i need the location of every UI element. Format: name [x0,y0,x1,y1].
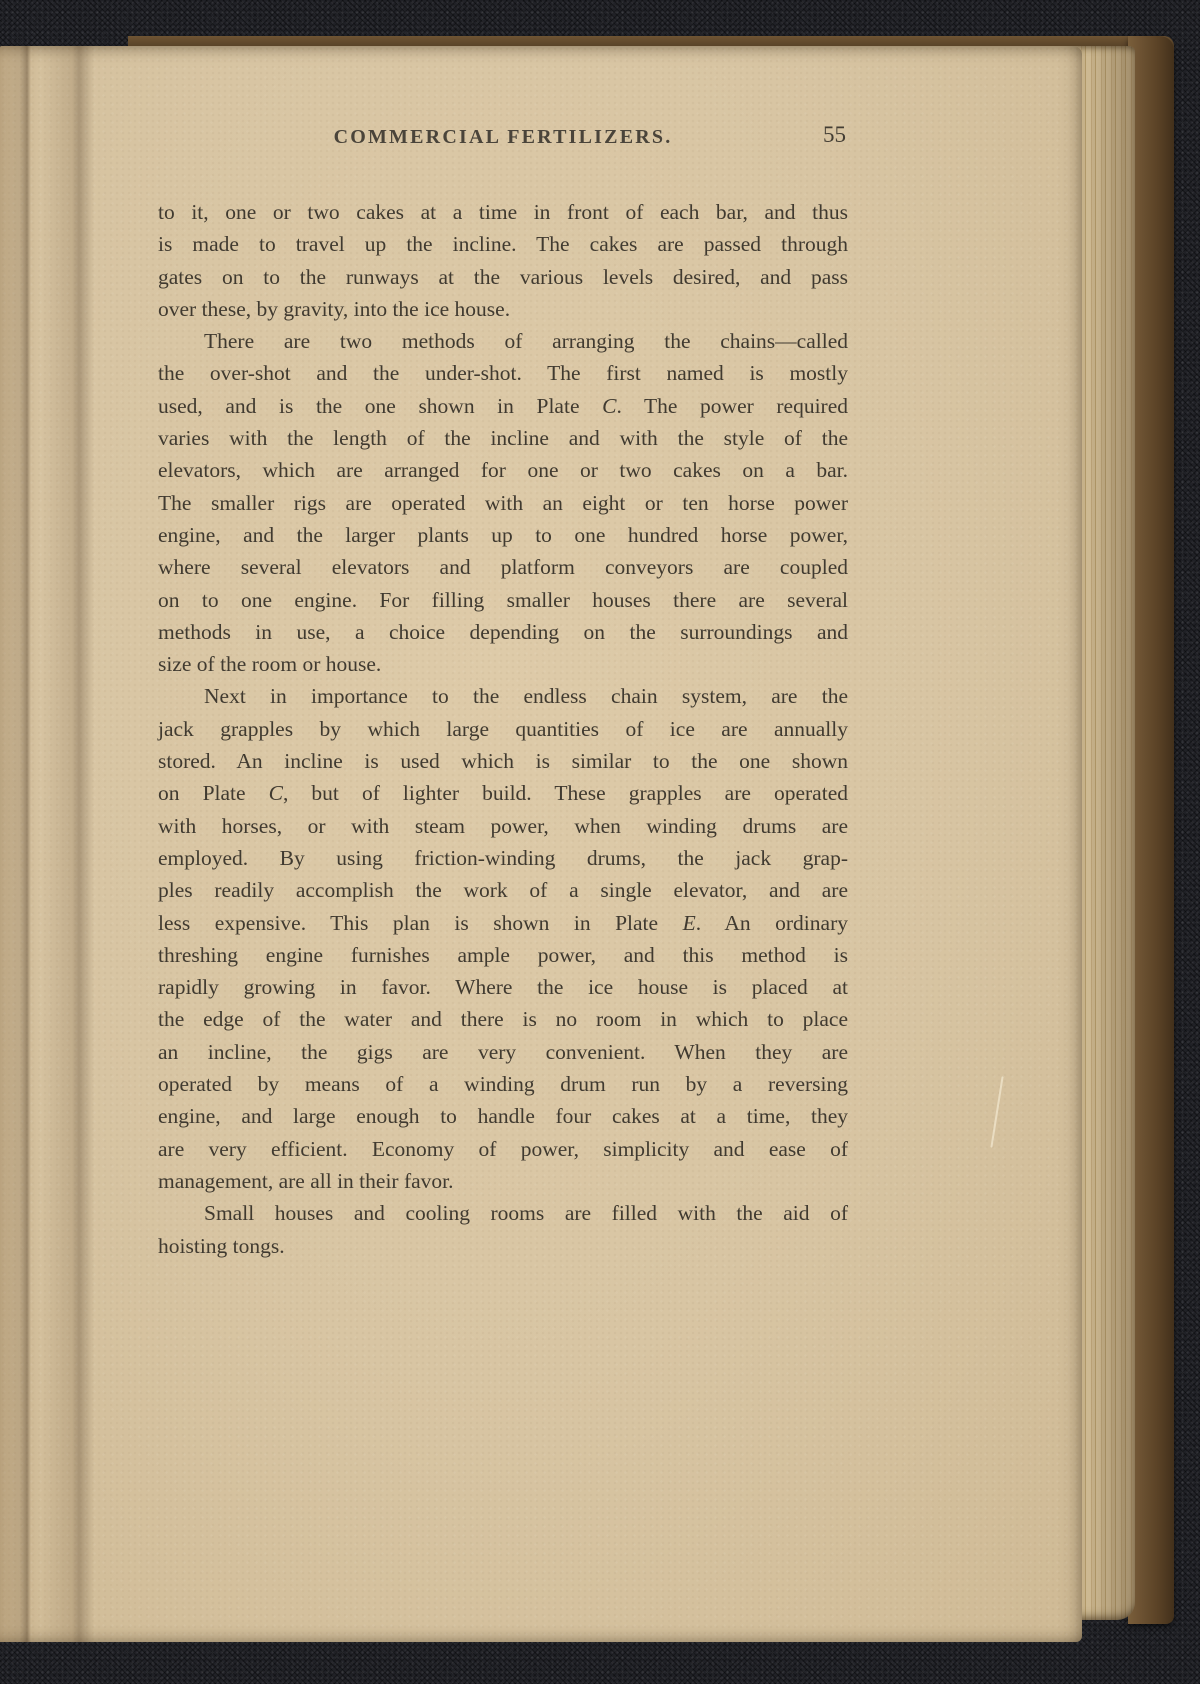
text-line: over these, by gravity, into the ice hou… [158,293,848,325]
scanned-book-photo: { "header": { "running_title": "COMMERCI… [0,0,1200,1684]
text-line: size of the room or house. [158,648,848,680]
text-line: elevators, which are arranged for one or… [158,454,848,486]
text-line: the edge of the water and there is no ro… [158,1003,848,1035]
text-line: on Plate C, but of lighter build. These … [158,777,848,809]
text-line: gates on to the runways at the various l… [158,261,848,293]
paragraph: Next in importance to the endless chain … [158,680,848,1197]
text-line: used, and is the one shown in Plate C. T… [158,390,848,422]
text-line: are very efficient. Economy of power, si… [158,1133,848,1165]
running-title: COMMERCIAL FERTILIZERS. [158,124,848,150]
page-header: COMMERCIAL FERTILIZERS. 55 [158,124,848,152]
paragraph: Small houses and cooling rooms are fille… [158,1197,848,1262]
text-line: an incline, the gigs are very convenient… [158,1036,848,1068]
book-page: COMMERCIAL FERTILIZERS. 55 to it, one or… [0,46,1082,1642]
page-content: COMMERCIAL FERTILIZERS. 55 to it, one or… [158,46,848,1642]
text-line: to it, one or two cakes at a time in fro… [158,196,848,228]
text-line: on to one engine. For filling smaller ho… [158,584,848,616]
text-line: is made to travel up the incline. The ca… [158,228,848,260]
text-line: where several elevators and platform con… [158,551,848,583]
text-line: employed. By using friction-winding drum… [158,842,848,874]
text-line: less expensive. This plan is shown in Pl… [158,907,848,939]
text-line: varies with the length of the incline an… [158,422,848,454]
page-body-text: to it, one or two cakes at a time in fro… [158,196,848,1262]
text-line: ples readily accomplish the work of a si… [158,874,848,906]
text-line: engine, and large enough to handle four … [158,1100,848,1132]
text-line: jack grapples by which large quantities … [158,713,848,745]
text-line: operated by means of a winding drum run … [158,1068,848,1100]
text-line: rapidly growing in favor. Where the ice … [158,971,848,1003]
text-line: engine, and the larger plants up to one … [158,519,848,551]
text-line: The smaller rigs are operated with an ei… [158,487,848,519]
paragraph: to it, one or two cakes at a time in fro… [158,196,848,325]
text-line: Small houses and cooling rooms are fille… [158,1197,848,1229]
text-line: hoisting tongs. [158,1230,848,1262]
text-line: threshing engine furnishes ample power, … [158,939,848,971]
text-line: management, are all in their favor. [158,1165,848,1197]
paper-crack-mark [990,1076,1003,1147]
paragraph: There are two methods of arranging the c… [158,325,848,680]
text-line: the over-shot and the under-shot. The fi… [158,357,848,389]
page-number: 55 [823,122,846,148]
text-line: Next in importance to the endless chain … [158,680,848,712]
text-line: methods in use, a choice depending on th… [158,616,848,648]
text-line: stored. An incline is used which is simi… [158,745,848,777]
text-line: There are two methods of arranging the c… [158,325,848,357]
text-line: with horses, or with steam power, when w… [158,810,848,842]
